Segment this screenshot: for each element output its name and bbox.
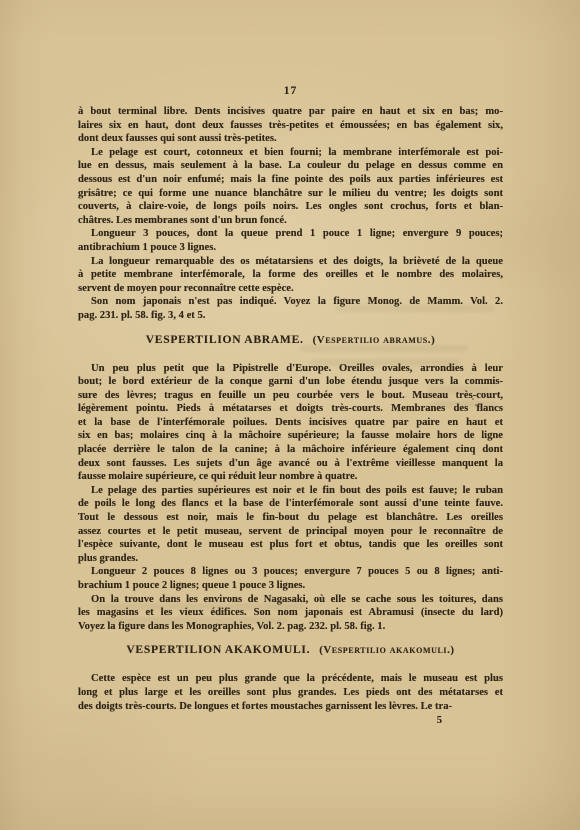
text-line: assez courtes et le petit museau, serven… bbox=[78, 525, 503, 539]
paragraph: Longueur 2 pouces 8 lignes ou 3 pouces; … bbox=[78, 565, 503, 592]
text-line: châtres. Les membranes sont d'un brun fo… bbox=[78, 214, 503, 228]
heading-name: VESPERTILION ABRAME. bbox=[146, 333, 304, 346]
text-line: antibrachium 1 pouce 3 lignes. bbox=[78, 241, 503, 255]
heading-latin-name: (Vespertilio abramus.) bbox=[313, 334, 436, 346]
text-line: Son nom japonais n'est pas indiqué. Voye… bbox=[78, 295, 503, 309]
paragraph: La longueur remarquable des os métatarsi… bbox=[78, 255, 503, 296]
paragraph: On la trouve dans les environs de Nagasa… bbox=[78, 593, 503, 634]
paragraph: Le pelage est court, cotonneux et bien f… bbox=[78, 146, 503, 228]
heading-latin-name: (Vespertilio akakomuli.) bbox=[319, 644, 454, 656]
text-line: Tout le dessous est noir, mais le fin-bo… bbox=[78, 511, 503, 525]
text-line: dessous est d'un noir enfumé; mais la fi… bbox=[78, 173, 503, 187]
paragraph: à bout terminal libre. Dents incisives q… bbox=[78, 105, 503, 146]
text-line: Longueur 2 pouces 8 lignes ou 3 pouces; … bbox=[78, 565, 503, 579]
text-line: et la base de l'interfémorale poilues. D… bbox=[78, 416, 503, 430]
text-line: à bout terminal libre. Dents incisives q… bbox=[78, 105, 503, 119]
text-line: de poils le long des flancs et la base d… bbox=[78, 497, 503, 511]
text-line: plus grandes. bbox=[78, 552, 503, 566]
text-line: fausse molaire supérieure, ce qui réduit… bbox=[78, 470, 503, 484]
text-line: Cette espèce est un peu plus grande que … bbox=[78, 672, 503, 686]
text-line: On la trouve dans les environs de Nagasa… bbox=[78, 593, 503, 607]
text-line: laires six en haut, dont deux fausses tr… bbox=[78, 119, 503, 133]
paragraph: Cette espèce est un peu plus grande que … bbox=[78, 672, 503, 713]
text-line: Le pelage des parties supérieures est no… bbox=[78, 484, 503, 498]
text-line: lue en dessus, mais seulement à la base.… bbox=[78, 159, 503, 173]
paragraph: Un peu plus petit que la Pipistrelle d'E… bbox=[78, 362, 503, 484]
text-line: Longueur 3 pouces, dont la queue prend 1… bbox=[78, 227, 503, 241]
text-line: à petite membrane interfémorale, la form… bbox=[78, 268, 503, 282]
species-heading: VESPERTILION AKAKOMULI.(Vespertilio akak… bbox=[78, 643, 503, 658]
text-line: Le pelage est court, cotonneux et bien f… bbox=[78, 146, 503, 160]
text-line: pag. 231. pl. 58. fig. 3, 4 et 5. bbox=[78, 309, 503, 323]
text-line: Voyez la figure dans les Monographies, V… bbox=[78, 620, 503, 634]
scanned-book-page: 17 à bout terminal libre. Dents incisive… bbox=[0, 0, 580, 830]
text-line: long et plus large et les oreilles sont … bbox=[78, 686, 503, 700]
text-line: bout; le bord extérieur de la conque gar… bbox=[78, 375, 503, 389]
text-line: six en bas; molaires cinq à la mâchoire … bbox=[78, 429, 503, 443]
content-container: à bout terminal libre. Dents incisives q… bbox=[78, 105, 503, 713]
text-line: dont deux fausses qui sont aussi très-pe… bbox=[78, 132, 503, 146]
body-text: 17 à bout terminal libre. Dents incisive… bbox=[78, 0, 503, 728]
heading-name: VESPERTILION AKAKOMULI. bbox=[126, 643, 310, 656]
paragraph: Longueur 3 pouces, dont la queue prend 1… bbox=[78, 227, 503, 254]
text-line: deux sont fausses. Les sujets d'un âge a… bbox=[78, 457, 503, 471]
paragraph: Son nom japonais n'est pas indiqué. Voye… bbox=[78, 295, 503, 322]
text-line: brachium 1 pouce 2 lignes; queue 1 pouce… bbox=[78, 579, 503, 593]
page-number: 17 bbox=[78, 84, 503, 98]
text-line: placée derrière le talon de la canine; à… bbox=[78, 443, 503, 457]
species-heading: VESPERTILION ABRAME.(Vespertilio abramus… bbox=[78, 333, 503, 348]
text-line: grisâtre; ce qui forme une nuance blanch… bbox=[78, 187, 503, 201]
text-line: couverts, à claire-voie, de longs poils … bbox=[78, 200, 503, 214]
text-line: sure des lèvres; tragus en feuille un pe… bbox=[78, 389, 503, 403]
text-line: servent de moyen pour reconnaître cette … bbox=[78, 282, 503, 296]
text-line: Un peu plus petit que la Pipistrelle d'E… bbox=[78, 362, 503, 376]
text-line: légèrement pointu. Pieds à métatarses et… bbox=[78, 402, 503, 416]
sheet-signature: 5 bbox=[78, 714, 503, 728]
text-line: les magasins et les vieux édifices. Son … bbox=[78, 606, 503, 620]
text-line: La longueur remarquable des os métatarsi… bbox=[78, 255, 503, 269]
paragraph: Le pelage des parties supérieures est no… bbox=[78, 484, 503, 566]
text-line: des doigts très-courts. De longues et fo… bbox=[78, 700, 503, 714]
text-line: l'espèce suivante, dont le museau est pl… bbox=[78, 538, 503, 552]
